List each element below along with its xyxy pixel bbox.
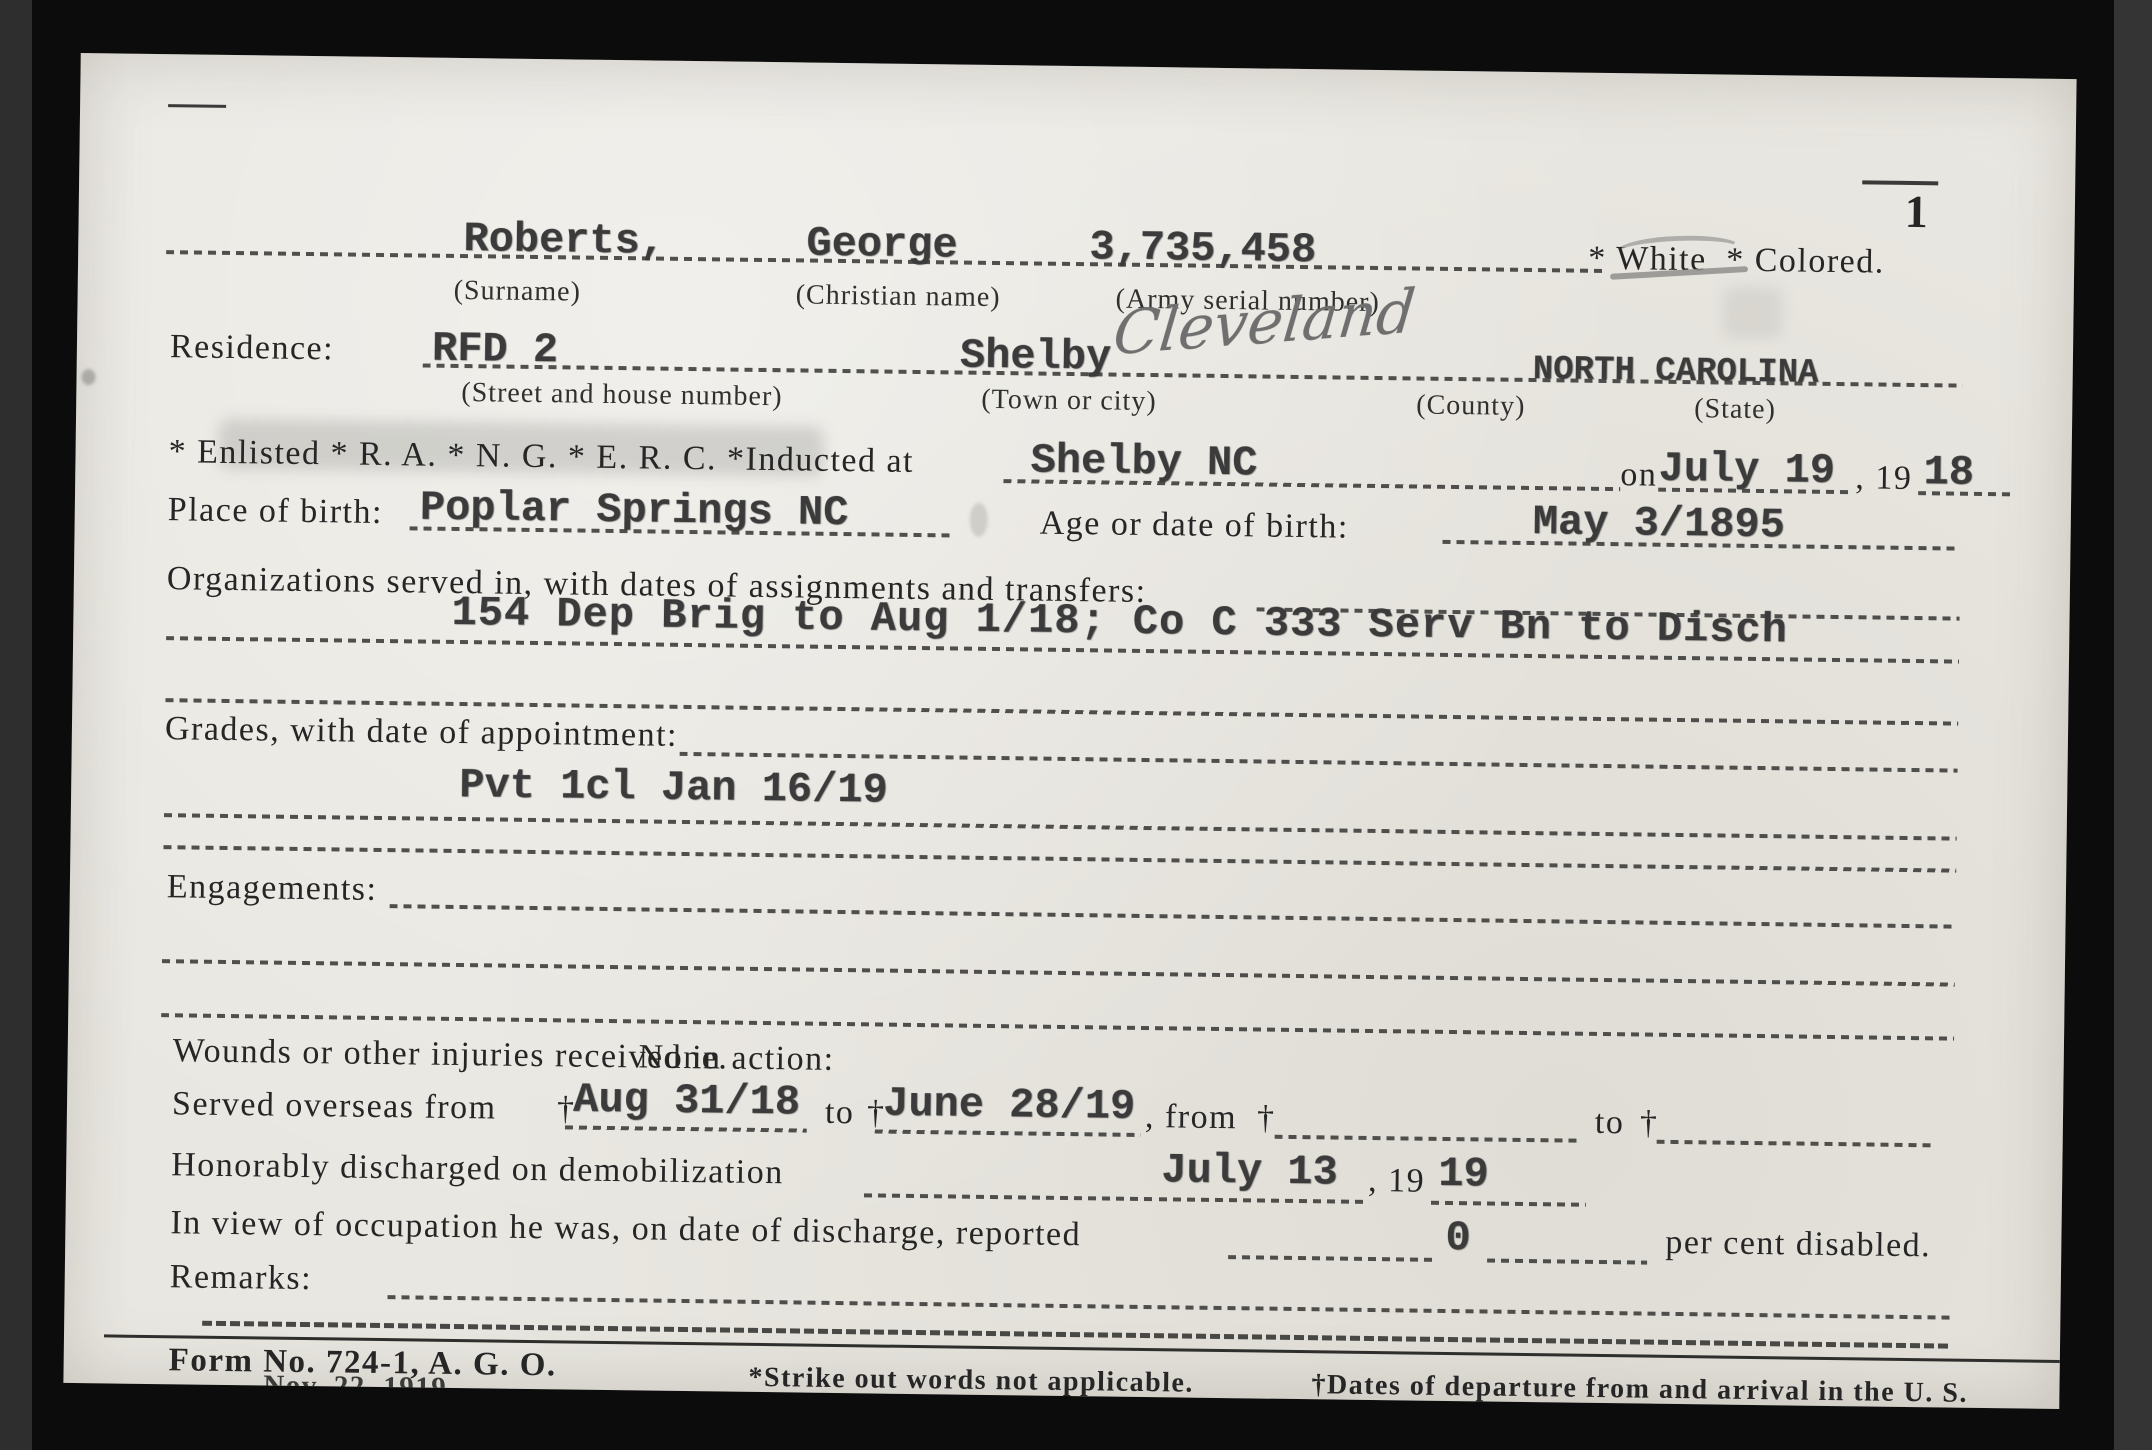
overseas-dagger-4: † (1640, 1104, 1659, 1142)
margin-pencil-mark (81, 369, 95, 385)
remarks-rule (388, 1295, 1951, 1319)
residence-label: Residence: (170, 328, 335, 368)
wounds-label: Wounds or other injuries received in act… (172, 1032, 834, 1079)
discharge-gap-rule (864, 1193, 1154, 1201)
christian-name-caption: (Christian name) (795, 279, 1000, 314)
state-caption: (State) (1694, 393, 1776, 426)
overseas-from-rule (565, 1125, 807, 1132)
overseas-to-date-typed: June 28/19 (883, 1083, 1136, 1128)
discharge-label: Honorably discharged on demobilization (171, 1146, 784, 1192)
overseas-label: Served overseas from (172, 1085, 497, 1127)
disability-suffix: per cent disabled. (1665, 1224, 1931, 1265)
discharge-year-rule (1431, 1201, 1586, 1207)
remarks-label: Remarks: (170, 1258, 313, 1298)
on-label: on (1620, 456, 1657, 494)
surname-typed: Roberts, (463, 218, 665, 263)
disability-rule-right (1487, 1259, 1647, 1265)
footnote-dagger: †Dates of departure from and arrival in … (1311, 1369, 1968, 1409)
pencil-smudge-above-state (1722, 287, 1783, 340)
left-scan-edge (0, 0, 32, 1450)
white-strike-arc-mark (1616, 233, 1741, 265)
disability-label: In view of occupation he was, on date of… (170, 1204, 1081, 1254)
footnote-strike: *Strike out words not applicable. (748, 1362, 1194, 1400)
enlistment-date-typed: July 19 (1658, 448, 1835, 492)
race-colored-label: * Colored. (1726, 242, 1885, 282)
discharge-year-prefix: , 19 (1368, 1162, 1425, 1201)
record-card: 1 Roberts, George 3,735,458 * White * Co… (63, 53, 2076, 1409)
right-scan-edge (2114, 0, 2152, 1450)
age-label: Age or date of birth: (1039, 505, 1349, 547)
birth-date-typed: May 3/1895 (1533, 501, 1786, 546)
county-caption: (County) (1416, 390, 1526, 423)
grades-label: Grades, with date of appointment: (165, 710, 679, 755)
form-date: Nov. 22, 1919 (263, 1369, 447, 1404)
overseas-to-label: to (825, 1094, 855, 1132)
grades-entry-typed: Pvt 1cl Jan 16/19 (459, 764, 888, 812)
residence-town-typed: Shelby (960, 335, 1112, 379)
overseas-dagger-3: † (1257, 1099, 1276, 1137)
discharge-year-typed: 19 (1438, 1153, 1489, 1196)
discharge-date-rule (1159, 1197, 1364, 1204)
enlistment-year-typed: 18 (1923, 451, 1974, 494)
town-caption: (Town or city) (981, 384, 1157, 418)
overseas-from2-rule (1275, 1135, 1577, 1143)
grades-entry-rule (164, 813, 1957, 840)
scan-background: { "scan": { "page_number": "1" }, "name_… (0, 0, 2152, 1450)
page-number: 1 (1905, 185, 1930, 238)
street-caption: (Street and house number) (461, 377, 783, 413)
discharge-date-typed: July 13 (1161, 1149, 1338, 1193)
overseas-from-date-typed: Aug 31/18 (573, 1079, 800, 1124)
disability-value-typed: 0 (1445, 1217, 1471, 1259)
engagements-label: Engagements: (167, 868, 378, 909)
birth-place-label: Place of birth: (168, 491, 384, 532)
residence-state-typed: NORTH CAROLINA (1533, 353, 1819, 391)
overseas-from2-label: , from (1145, 1098, 1238, 1137)
engagements-blank-rule-1 (162, 959, 1955, 986)
christian-name-typed: George (806, 223, 958, 267)
overseas-to2-label: to (1595, 1104, 1625, 1142)
enlistment-year-prefix: , 19 (1855, 459, 1912, 498)
grades-blank-rule (163, 845, 1956, 872)
disability-rule-left (1228, 1255, 1436, 1262)
smudge-before-age-label (970, 503, 988, 537)
residence-street-typed: RFD 2 (432, 328, 559, 372)
wounds-value: None. (638, 1038, 728, 1077)
engagements-rule (390, 904, 1956, 928)
inducted-place-typed: Shelby NC (1030, 439, 1257, 484)
overseas-to2-rule (1657, 1140, 1935, 1148)
serial-number-typed: 3,735,458 (1089, 226, 1316, 271)
footer-dashed-rule (202, 1321, 1950, 1349)
surname-caption: (Surname) (453, 275, 581, 309)
overseas-to-rule (875, 1129, 1141, 1136)
top-left-mark (168, 104, 226, 108)
